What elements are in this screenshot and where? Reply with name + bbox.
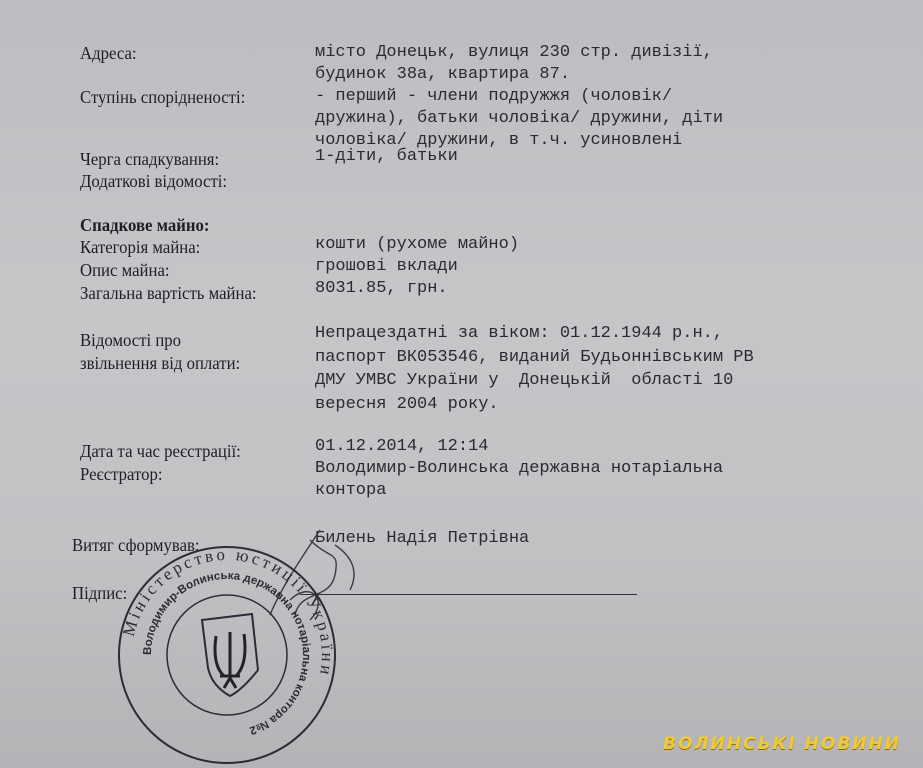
property-total-label: Загальна вартість майна: xyxy=(80,282,257,304)
registration-date-label: Дата та час реєстрації: xyxy=(80,440,241,462)
inheritance-order-label: Черга спадкування: xyxy=(80,148,219,170)
property-heading: Спадкове майно: xyxy=(80,214,210,236)
registrar-value: Володимир-Волинська державна нотаріальна… xyxy=(315,458,723,502)
kinship-label: Ступінь спорідненості: xyxy=(80,86,245,108)
additional-info-label: Додаткові відомості: xyxy=(80,170,227,192)
address-value: місто Донецьк, вулиця 230 стр. дивізії, … xyxy=(315,42,713,86)
registration-date-value: 01.12.2014, 12:14 xyxy=(315,436,488,458)
property-description-label: Опис майна: xyxy=(80,259,170,281)
exemption-value: Непрацездатні за віком: 01.12.1944 р.н.,… xyxy=(315,322,754,416)
address-label: Адреса: xyxy=(80,42,137,64)
watermark-logo: ВОЛИНСЬКІ НОВИНИ xyxy=(663,734,901,754)
inheritance-order-value: 1-діти, батьки xyxy=(315,146,458,168)
kinship-value: - перший - члени подружжя (чоловік/ друж… xyxy=(315,86,723,152)
trident-emblem-icon xyxy=(202,614,258,696)
registrar-label: Реєстратор: xyxy=(80,463,163,485)
property-total-value: 8031.85, грн. xyxy=(315,278,448,300)
property-description-value: грошові вклади xyxy=(315,256,458,278)
exemption-label-line1: Відомості про xyxy=(80,329,181,351)
property-category-value: кошти (рухоме майно) xyxy=(315,234,519,256)
official-stamp: Міністерство юстиції України Володимир-В… xyxy=(112,540,342,768)
exemption-label-line2: звільнення від оплати: xyxy=(80,352,240,374)
property-category-label: Категорія майна: xyxy=(80,236,200,258)
document-page: Адреса: місто Донецьк, вулиця 230 стр. д… xyxy=(0,0,923,768)
